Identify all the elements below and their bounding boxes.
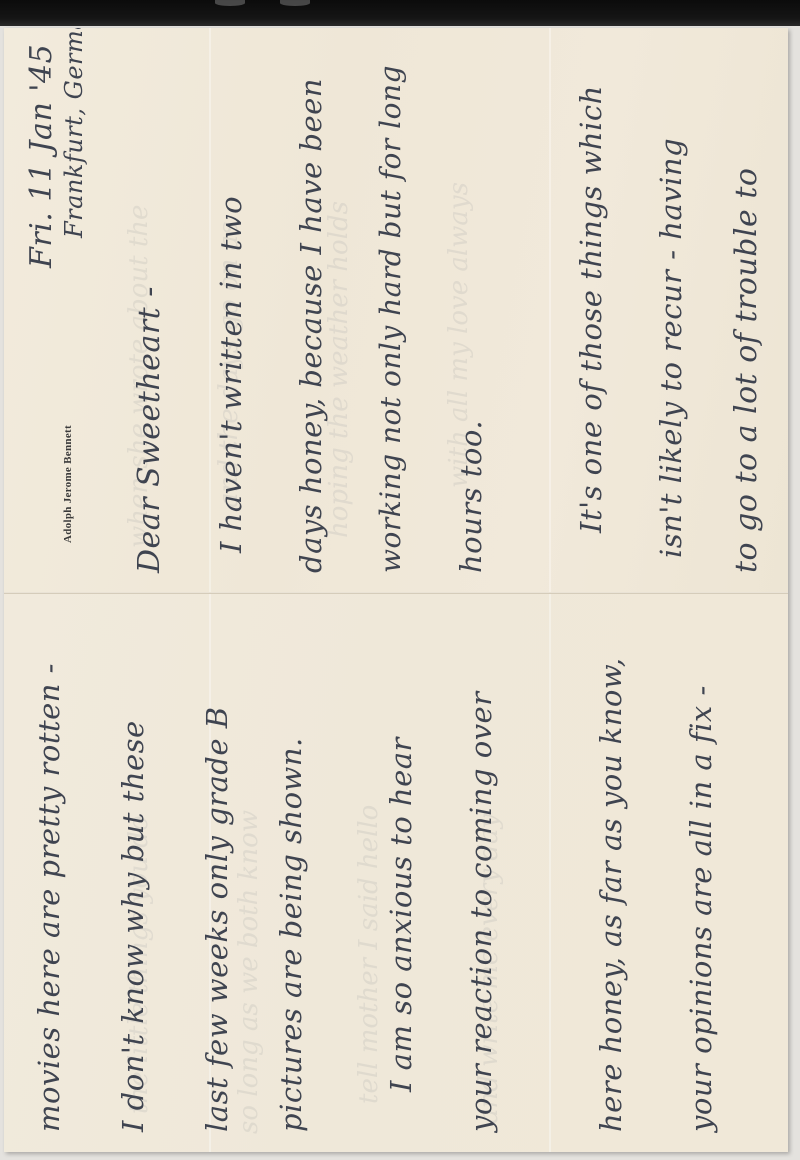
letter-line: isn't likely to recur - having [654, 138, 688, 558]
scan-frame: when she wrote about the and the days go… [0, 0, 800, 1160]
dark-scanner-edge [0, 0, 800, 26]
letter-line: here honey, as far as you know, [594, 658, 628, 1132]
letter-line: It's one of those things which [574, 85, 608, 533]
letter-line: to go to a lot of trouble to [729, 168, 764, 573]
glare-spot [280, 0, 310, 6]
letter-line: I am so anxious to hear [384, 737, 418, 1092]
letter-page-first: when she wrote about the and the days go… [4, 28, 788, 593]
glare-spot [215, 0, 245, 6]
salutation: Dear Sweetheart - [132, 286, 167, 573]
letter-line: days honey, because I have been [294, 78, 328, 573]
letter-line: I haven't written in two [214, 196, 248, 553]
place-line: Frankfurt, Germany [60, 28, 88, 238]
letter-paper: when she wrote about the and the days go… [4, 28, 788, 1152]
paper-crease [549, 28, 551, 593]
letter-line: movies here are pretty rotten - [32, 663, 66, 1132]
letter-line: your reaction to coming over [464, 691, 498, 1132]
letter-line: pictures are being shown. [274, 737, 308, 1132]
letter-line: working not only hard but for long [374, 65, 407, 573]
letter-line: I don't know why but these [116, 720, 150, 1132]
paper-crease [209, 28, 211, 593]
letter-line: hours too. [454, 420, 488, 573]
paper-crease [549, 594, 551, 1152]
letter-line: last few weeks only grade B [200, 706, 234, 1132]
letter-page-second: the little things you do so long as we b… [4, 594, 788, 1152]
letterhead-name: Adolph Jerome Bennett [62, 425, 74, 543]
date-line: Fri. 11 Jan '45 [24, 44, 59, 268]
letter-line: your opinions are all in a fix - [684, 685, 718, 1132]
